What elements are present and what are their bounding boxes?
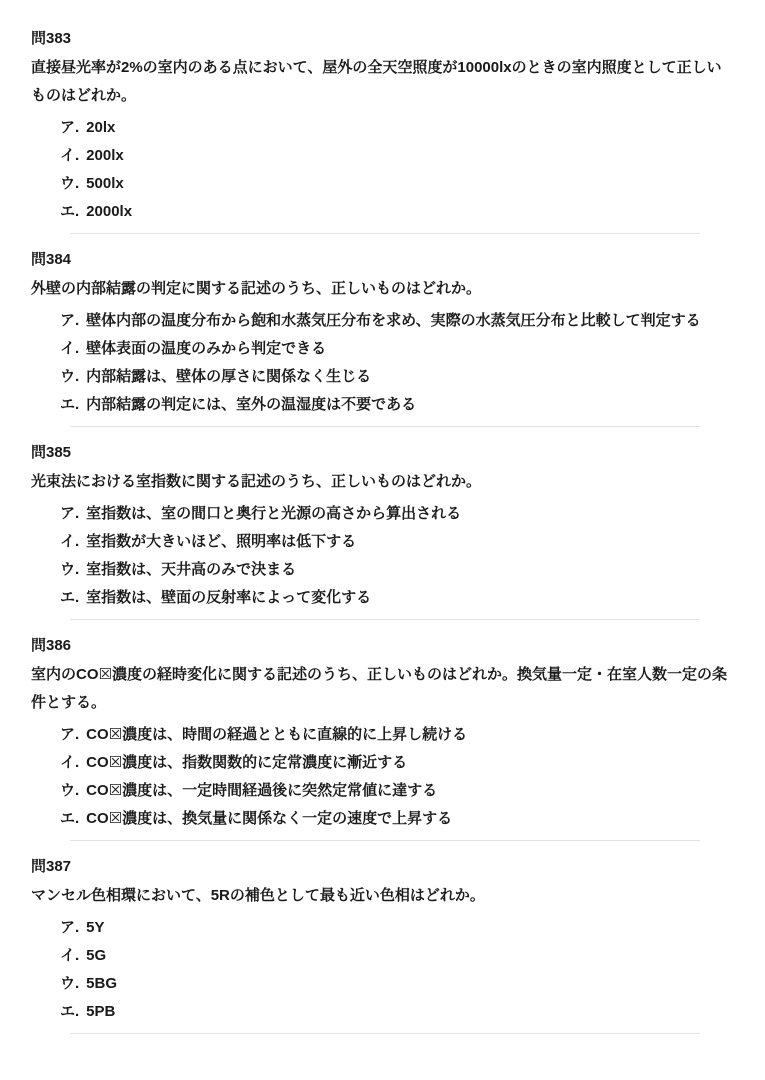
option-marker: ア. <box>60 725 79 744</box>
option-row: イ.5G <box>60 946 735 965</box>
option-row: ウ.室指数は、天井高のみで決まる <box>60 560 735 579</box>
option-row: ウ.内部結露は、壁体の厚さに関係なく生じる <box>60 367 735 386</box>
option-row: エ.室指数は、壁面の反射率によって変化する <box>60 588 735 607</box>
option-text: 2000lx <box>86 203 132 220</box>
option-marker: イ. <box>60 339 79 358</box>
option-text: 室指数は、壁面の反射率によって変化する <box>86 589 371 606</box>
option-marker: エ. <box>60 395 79 414</box>
option-row: ウ.500lx <box>60 174 735 193</box>
option-text: 20lx <box>86 119 115 136</box>
option-marker: ア. <box>60 918 79 937</box>
option-marker: ウ. <box>60 560 79 579</box>
option-text: CO☒濃度は、時間の経過とともに直線的に上昇し続ける <box>86 726 467 743</box>
option-text: 室指数は、天井高のみで決まる <box>86 561 296 578</box>
option-marker: イ. <box>60 146 79 165</box>
option-marker: イ. <box>60 532 79 551</box>
option-marker: ウ. <box>60 367 79 386</box>
question-block-386: 問386 室内のCO☒濃度の経時変化に関する記述のうち、正しいものはどれか。換気… <box>0 620 765 828</box>
exam-page: { "page": { "background": "#ffffff", "te… <box>0 0 765 1080</box>
option-row: ア.CO☒濃度は、時間の経過とともに直線的に上昇し続ける <box>60 725 735 744</box>
options-list: ア.20lx イ.200lx ウ.500lx エ.2000lx <box>31 118 735 221</box>
option-marker: エ. <box>60 1002 79 1021</box>
option-marker: エ. <box>60 809 79 828</box>
question-number: 問386 <box>31 636 735 655</box>
question-stem: 直接昼光率が2%の室内のある点において、屋外の全天空照度が10000lxのときの… <box>31 54 735 110</box>
option-marker: ウ. <box>60 974 79 993</box>
question-number: 問383 <box>31 29 735 48</box>
question-stem: 外壁の内部結露の判定に関する記述のうち、正しいものはどれか。 <box>31 275 735 303</box>
option-text: 内部結露の判定には、室外の温湿度は不要である <box>86 396 416 413</box>
question-block-387: 問387 マンセル色相環において、5Rの補色として最も近い色相はどれか。 ア.5… <box>0 841 765 1021</box>
question-number: 問387 <box>31 857 735 876</box>
option-row: エ.内部結露の判定には、室外の温湿度は不要である <box>60 395 735 414</box>
option-text: CO☒濃度は、指数関数的に定常濃度に漸近する <box>86 754 407 771</box>
option-row: エ.2000lx <box>60 202 735 221</box>
option-row: ア.5Y <box>60 918 735 937</box>
question-block-385: 問385 光束法における室指数に関する記述のうち、正しいものはどれか。 ア.室指… <box>0 427 765 607</box>
option-text: 5Y <box>86 919 104 936</box>
option-text: 5G <box>86 947 106 964</box>
option-row: ア.壁体内部の温度分布から飽和水蒸気圧分布を求め、実際の水蒸気圧分布と比較して判… <box>60 311 735 330</box>
option-row: イ.室指数が大きいほど、照明率は低下する <box>60 532 735 551</box>
divider <box>70 1033 700 1034</box>
option-marker: イ. <box>60 946 79 965</box>
option-text: CO☒濃度は、換気量に関係なく一定の速度で上昇する <box>86 810 452 827</box>
option-marker: ウ. <box>60 781 79 800</box>
option-row: ウ.5BG <box>60 974 735 993</box>
options-list: ア.壁体内部の温度分布から飽和水蒸気圧分布を求め、実際の水蒸気圧分布と比較して判… <box>31 311 735 414</box>
option-text: 内部結露は、壁体の厚さに関係なく生じる <box>86 368 371 385</box>
option-marker: エ. <box>60 588 79 607</box>
option-text: 壁体内部の温度分布から飽和水蒸気圧分布を求め、実際の水蒸気圧分布と比較して判定す… <box>86 312 700 329</box>
option-text: 室指数が大きいほど、照明率は低下する <box>86 533 356 550</box>
option-row: ア.室指数は、室の間口と奥行と光源の高さから算出される <box>60 504 735 523</box>
option-marker: ア. <box>60 504 79 523</box>
question-number: 問385 <box>31 443 735 462</box>
option-text: 200lx <box>86 147 124 164</box>
question-block-384: 問384 外壁の内部結露の判定に関する記述のうち、正しいものはどれか。 ア.壁体… <box>0 234 765 414</box>
option-row: エ.CO☒濃度は、換気量に関係なく一定の速度で上昇する <box>60 809 735 828</box>
option-text: 室指数は、室の間口と奥行と光源の高さから算出される <box>86 505 461 522</box>
option-marker: ア. <box>60 118 79 137</box>
option-row: ウ.CO☒濃度は、一定時間経過後に突然定常値に達する <box>60 781 735 800</box>
question-block-383: 問383 直接昼光率が2%の室内のある点において、屋外の全天空照度が10000l… <box>0 13 765 221</box>
option-row: イ.壁体表面の温度のみから判定できる <box>60 339 735 358</box>
question-stem: 光束法における室指数に関する記述のうち、正しいものはどれか。 <box>31 468 735 496</box>
option-row: イ.200lx <box>60 146 735 165</box>
question-stem: 室内のCO☒濃度の経時変化に関する記述のうち、正しいものはどれか。換気量一定・在… <box>31 661 735 717</box>
option-marker: エ. <box>60 202 79 221</box>
question-number: 問384 <box>31 250 735 269</box>
option-text: 壁体表面の温度のみから判定できる <box>86 340 326 357</box>
options-list: ア.室指数は、室の間口と奥行と光源の高さから算出される イ.室指数が大きいほど、… <box>31 504 735 607</box>
option-row: ア.20lx <box>60 118 735 137</box>
question-stem: マンセル色相環において、5Rの補色として最も近い色相はどれか。 <box>31 882 735 910</box>
option-text: CO☒濃度は、一定時間経過後に突然定常値に達する <box>86 782 437 799</box>
options-list: ア.CO☒濃度は、時間の経過とともに直線的に上昇し続ける イ.CO☒濃度は、指数… <box>31 725 735 828</box>
option-text: 500lx <box>86 175 124 192</box>
option-marker: イ. <box>60 753 79 772</box>
option-row: イ.CO☒濃度は、指数関数的に定常濃度に漸近する <box>60 753 735 772</box>
option-marker: ウ. <box>60 174 79 193</box>
option-marker: ア. <box>60 311 79 330</box>
options-list: ア.5Y イ.5G ウ.5BG エ.5PB <box>31 918 735 1021</box>
option-text: 5PB <box>86 1003 115 1020</box>
option-row: エ.5PB <box>60 1002 735 1021</box>
option-text: 5BG <box>86 975 117 992</box>
